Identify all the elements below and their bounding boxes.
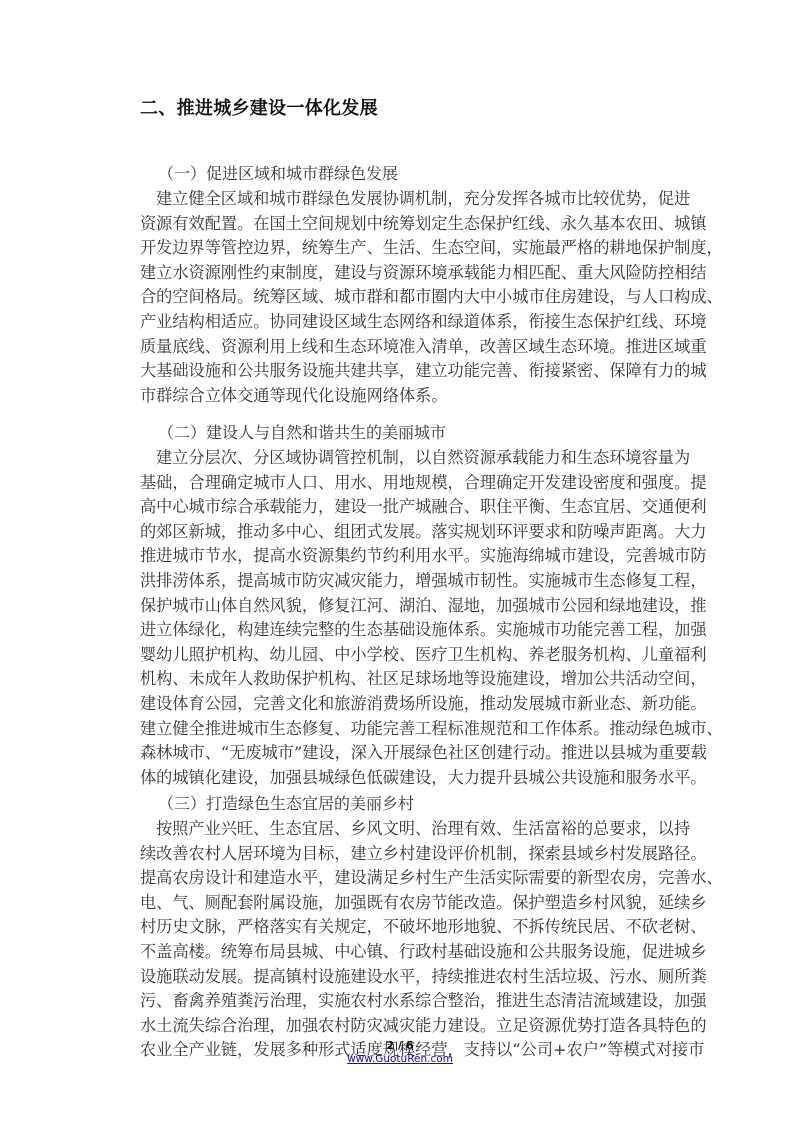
section-1-title: （一）促进区域和城市群绿色发展 xyxy=(158,161,398,184)
body-line: 污、畜禽养殖粪污治理，实施农村水系综合整治，推进生态清洁流域建设，加强 xyxy=(140,989,685,1014)
body-line: 资源有效配置。在国土空间规划中统筹划定生态保护红线、永久基本农田、城镇 xyxy=(140,212,685,237)
body-line: 开发边界等管控边界，统筹生产、生活、生态空间，实施最严格的耕地保护制度， xyxy=(140,236,685,261)
body-line: 体的城镇化建设，加强县城绿色低碳建设，大力提升县城公共设施和服务水平。 xyxy=(140,766,685,791)
chapter-heading: 二、推进城乡建设一体化发展 xyxy=(140,94,378,120)
page-number: 2 / 6 xyxy=(0,1039,800,1052)
body-line: 质量底线、资源利用上线和生态环境准入清单，改善区域生态环境。推进区域重 xyxy=(140,335,685,360)
body-line: 产业结构相适应。协同建设区域生态网络和绿道体系，衔接生态保护红线、环境 xyxy=(140,310,685,335)
body-line: 婴幼儿照护机构、幼儿园、中小学校、医疗卫生机构、养老服务机构、儿童福利 xyxy=(140,643,685,668)
body-line: 大基础设施和公共服务设施共建共享，建立功能完善、衔接紧密、保障有力的城 xyxy=(140,359,685,384)
body-line: 合的空间格局。统筹区域、城市群和都市圈内大中小城市住房建设，与人口构成、 xyxy=(140,285,685,310)
body-line: 洪排涝体系，提高城市防灾减灾能力，增强城市韧性。实施城市生态修复工程， xyxy=(140,569,685,594)
body-line: 保护城市山体自然风貌，修复江河、湖泊、湿地，加强城市公园和绿地建设，推 xyxy=(140,594,685,619)
body-line: 推进城市节水，提高水资源集约节约利用水平。实施海绵城市建设，完善城市防 xyxy=(140,544,685,569)
section-3-body: 按照产业兴旺、生态宜居、乡风文明、治理有效、生活富裕的总要求，以持续改善农村人居… xyxy=(140,817,685,1063)
body-line: 电、气、厕配套附属设施，加强既有农房节能改造。保护塑造乡村风貌，延续乡 xyxy=(140,891,685,916)
section-1-body: 建立健全区域和城市群绿色发展协调机制，充分发挥各城市比较优势，促进资源有效配置。… xyxy=(140,187,685,408)
body-line: 建立分层次、分区域协调管控机制，以自然资源承载能力和生态环境容量为 xyxy=(140,446,685,471)
body-line: 基础，合理确定城市人口、用水、用地规模，合理确定开发建设密度和强度。提 xyxy=(140,471,685,496)
body-line: 建立水资源刚性约束制度，建设与资源环境承载能力相匹配、重大风险防控相结 xyxy=(140,261,685,286)
section-3-title: （三）打造绿色生态宜居的美丽乡村 xyxy=(158,791,414,814)
body-line: 建设体育公园，完善文化和旅游消费场所设施，推动发展城市新业态、新功能。 xyxy=(140,692,685,717)
body-line: 建立健全区域和城市群绿色发展协调机制，充分发挥各城市比较优势，促进 xyxy=(140,187,685,212)
body-line: 市群综合立体交通等现代化设施网络体系。 xyxy=(140,384,685,409)
body-line: 的郊区新城，推动多中心、组团式发展。落实规划环评要求和防噪声距离。大力 xyxy=(140,520,685,545)
body-line: 进立体绿化，构建连续完整的生态基础设施体系。实施城市功能完善工程，加强 xyxy=(140,618,685,643)
body-line: 高中心城市综合承载能力，建设一批产城融合、职住平衡、生态宜居、交通便利 xyxy=(140,495,685,520)
body-line: 提高农房设计和建造水平，建设满足乡村生产生活实际需要的新型农房，完善水、 xyxy=(140,866,685,891)
body-line: 森林城市、“无废城市”建设，深入开展绿色社区创建行动。推进以县城为重要载 xyxy=(140,741,685,766)
body-line: 不盖高楼。统筹布局县城、中心镇、行政村基础设施和公共服务设施，促进城乡 xyxy=(140,940,685,965)
website-link[interactable]: www.GuotuRen.com xyxy=(0,1053,800,1065)
body-line: 水土流失综合治理，加强农村防灾减灾能力建设。立足资源优势打造各具特色的 xyxy=(140,1014,685,1039)
body-line: 续改善农村人居环境为目标，建立乡村建设评价机制，探索县域乡村发展路径。 xyxy=(140,842,685,867)
body-line: 机构、未成年人救助保护机构、社区足球场地等设施建设，增加公共活动空间， xyxy=(140,667,685,692)
body-line: 建立健全推进城市生态修复、功能完善工程标准规范和工作体系。推动绿色城市、 xyxy=(140,717,685,742)
document-page: 二、推进城乡建设一体化发展 （一）促进区域和城市群绿色发展 建立健全区域和城市群… xyxy=(0,0,800,1132)
body-line: 按照产业兴旺、生态宜居、乡风文明、治理有效、生活富裕的总要求，以持 xyxy=(140,817,685,842)
section-2-body: 建立分层次、分区域协调管控机制，以自然资源承载能力和生态环境容量为基础，合理确定… xyxy=(140,446,685,790)
body-line: 村历史文脉，严格落实有关规定，不破坏地形地貌、不拆传统民居、不砍老树、 xyxy=(140,915,685,940)
section-2-title: （二）建设人与自然和谐共生的美丽城市 xyxy=(158,420,446,443)
body-line: 设施联动发展。提高镇村设施建设水平，持续推进农村生活垃圾、污水、厕所粪 xyxy=(140,965,685,990)
website-link-text[interactable]: www.GuotuRen.com xyxy=(347,1053,453,1065)
